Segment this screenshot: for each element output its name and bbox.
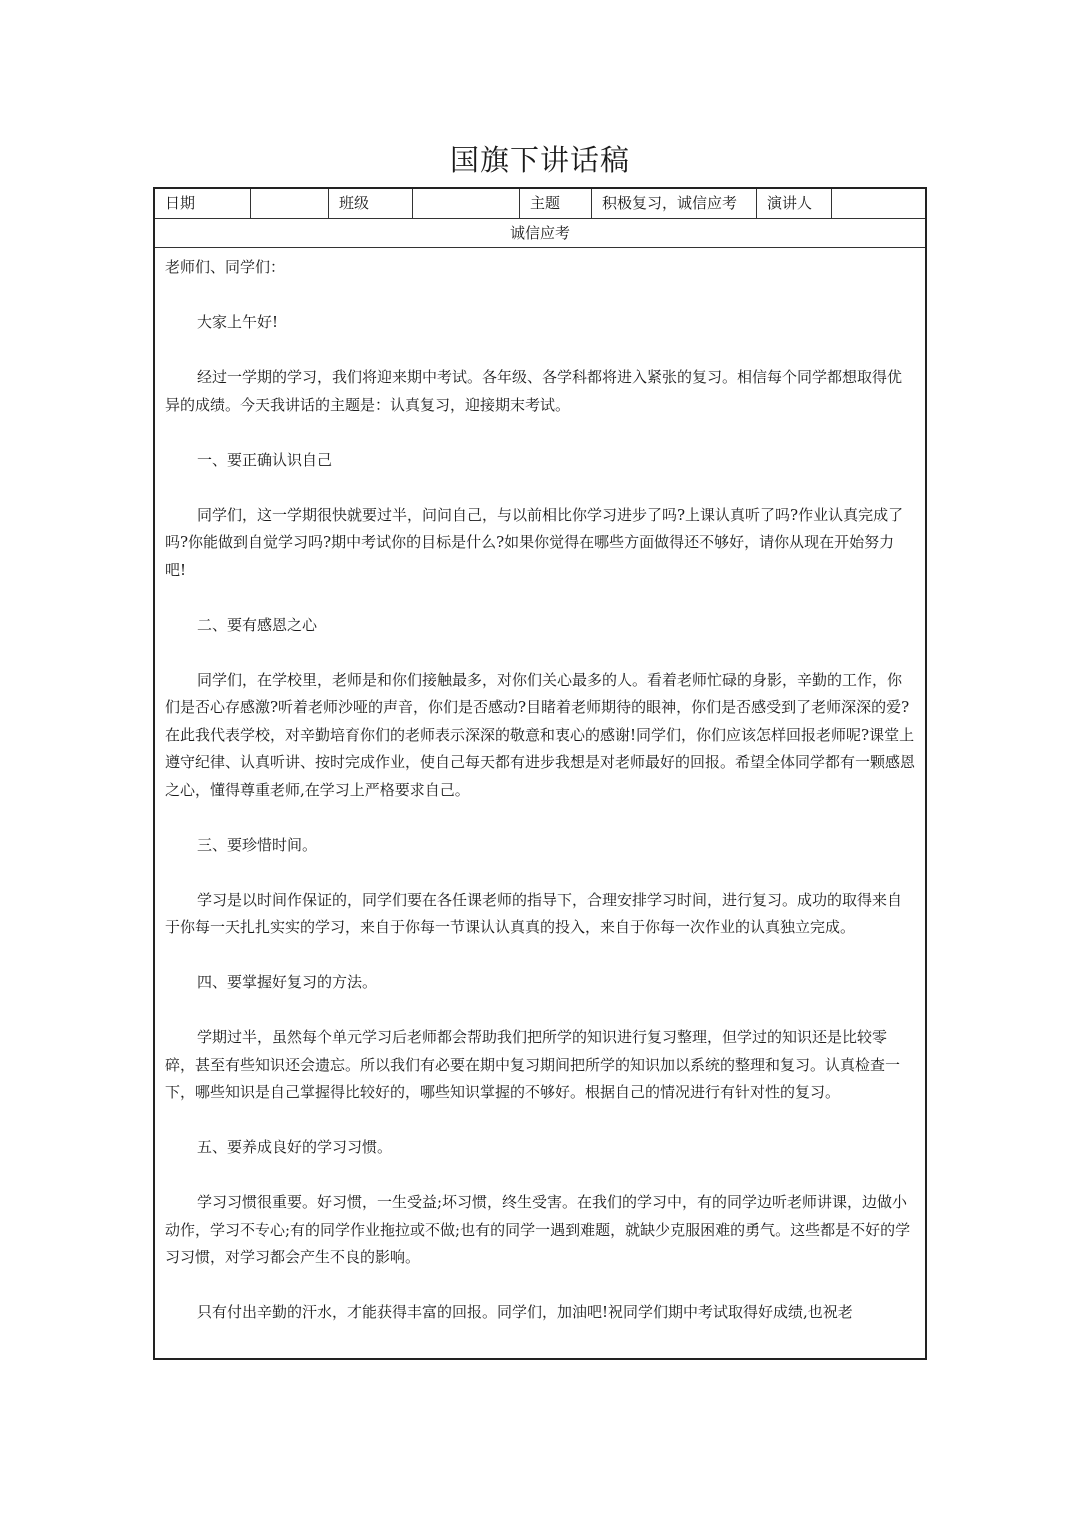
section-paragraph: 学习习惯很重要。好习惯，一生受益;坏习惯，终生受害。在我们的学习中，有的同学边听… [165, 1189, 915, 1272]
section-heading: 三、要珍惜时间。 [165, 832, 915, 860]
subtitle: 诚信应考 [155, 219, 925, 248]
document-title: 国旗下讲话稿 [0, 138, 1080, 179]
section-paragraph: 学习是以时间作保证的，同学们要在各任课老师的指导下，合理安排学习时间，进行复习。… [165, 887, 915, 942]
header-row: 日期 班级 主题 积极复习，诚信应考 演讲人 [155, 189, 925, 219]
topic-value: 积极复习，诚信应考 [592, 189, 757, 218]
section-paragraph: 学期过半，虽然每个单元学习后老师都会帮助我们把所学的知识进行复习整理，但学过的知… [165, 1024, 915, 1107]
section-heading: 一、要正确认识自己 [165, 447, 915, 475]
section-heading: 四、要掌握好复习的方法。 [165, 969, 915, 997]
section-heading: 五、要养成良好的学习习惯。 [165, 1134, 915, 1162]
speech-form-table: 日期 班级 主题 积极复习，诚信应考 演讲人 诚信应考 老师们、同学们： 大家上… [153, 187, 927, 1360]
section-paragraph: 同学们，这一学期很快就要过半，问问自己，与以前相比你学习进步了吗?上课认真听了吗… [165, 502, 915, 585]
topic-label: 主题 [520, 189, 592, 218]
date-value-field[interactable] [251, 189, 329, 218]
closing-paragraph: 只有付出辛勤的汗水，才能获得丰富的回报。同学们，加油吧!祝同学们期中考试取得好成… [165, 1299, 915, 1327]
section-paragraph: 同学们，在学校里，老师是和你们接触最多，对你们关心最多的人。看着老师忙碌的身影，… [165, 667, 915, 805]
section-heading: 二、要有感恩之心 [165, 612, 915, 640]
speaker-label: 演讲人 [757, 189, 832, 218]
intro-paragraph: 经过一学期的学习，我们将迎来期中考试。各年级、各学科都将进入紧张的复习。相信每个… [165, 364, 915, 419]
date-label: 日期 [155, 189, 251, 218]
class-value-field[interactable] [413, 189, 520, 218]
class-label: 班级 [329, 189, 413, 218]
salutation: 老师们、同学们： [165, 254, 915, 282]
speaker-value-field[interactable] [832, 189, 925, 218]
greeting: 大家上午好! [165, 309, 915, 337]
speech-body: 老师们、同学们： 大家上午好! 经过一学期的学习，我们将迎来期中考试。各年级、各… [155, 248, 925, 1358]
